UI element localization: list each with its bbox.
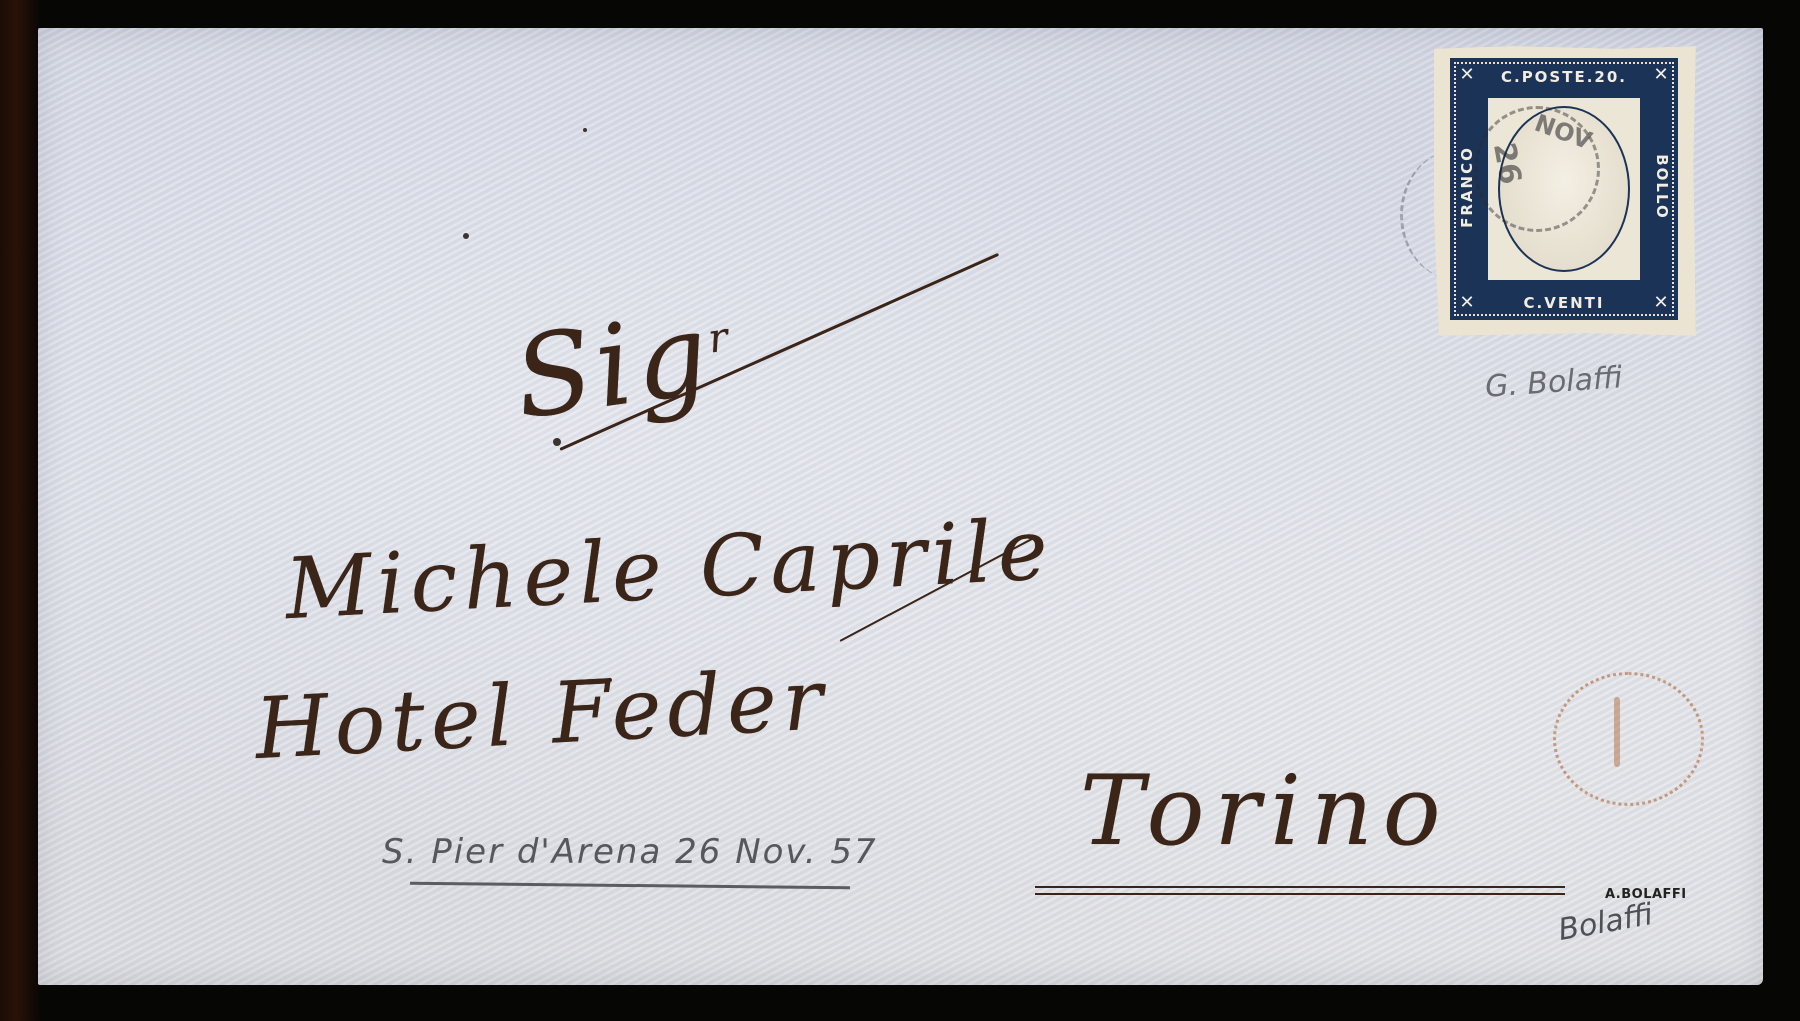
stamp-bottom-text: C.VENTI — [1450, 294, 1678, 312]
salutation-main: Sig — [507, 289, 719, 445]
postage-stamp: ✕ ✕ ✕ ✕ C.POSTE.20. C.VENTI FRANCO BOLLO… — [1434, 46, 1696, 336]
city-underline — [1035, 886, 1565, 895]
ink-speck — [583, 128, 587, 132]
origin-date-note: S. Pier d'Arena 26 Nov. 57 — [382, 832, 878, 872]
stamp-right-text: BOLLO — [1653, 137, 1671, 237]
stamp-top-text: C.POSTE.20. — [1450, 68, 1678, 86]
stamp-left-text: FRANCO — [1458, 132, 1476, 242]
cancellation-day: 26 — [1486, 140, 1528, 187]
destination-city: Torino — [1080, 755, 1451, 867]
ink-speck — [463, 233, 469, 239]
background-edge — [0, 0, 40, 1021]
red-arrival-postmark — [1553, 672, 1704, 806]
